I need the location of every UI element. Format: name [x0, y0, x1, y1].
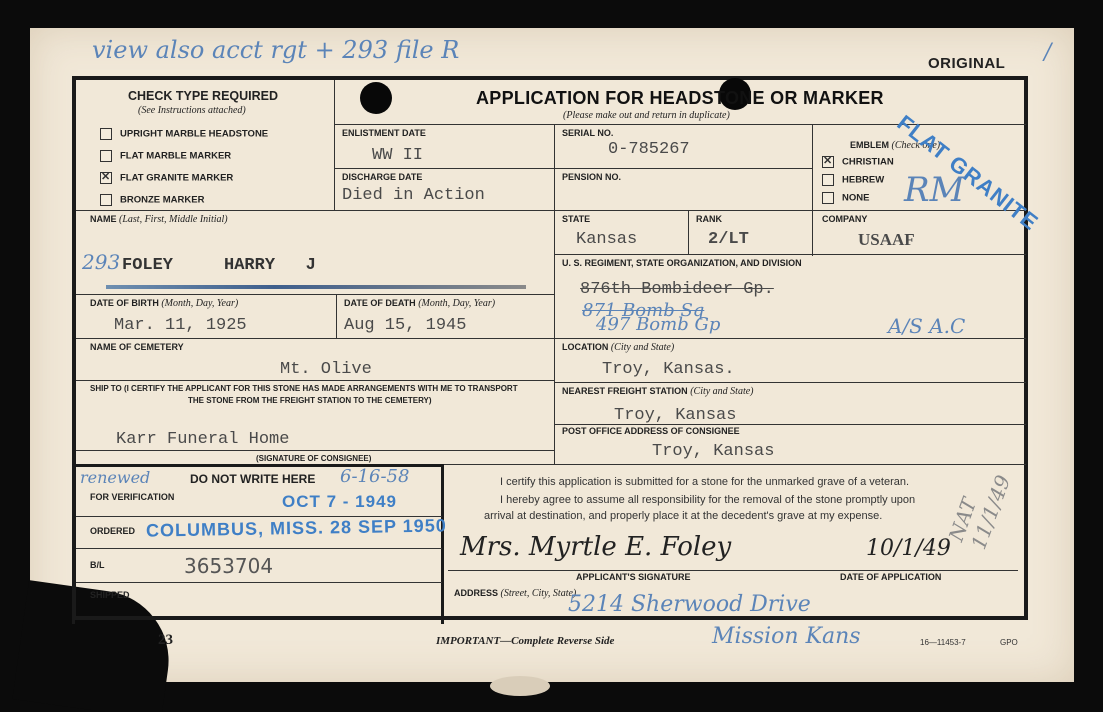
form-title: APPLICATION FOR HEADSTONE OR MARKER — [476, 88, 884, 109]
bl-label: B/L — [90, 560, 105, 570]
checkbox[interactable] — [100, 194, 112, 206]
divider — [554, 424, 1026, 425]
ship-to-label: SHIP TO (I CERTIFY THE APPLICANT FOR THI… — [90, 384, 518, 393]
divider — [554, 338, 1026, 339]
checkbox[interactable] — [100, 150, 112, 162]
address-value[interactable]: 5214 Sherwood Drive — [568, 592, 811, 617]
underline-mark — [106, 285, 526, 289]
divider — [336, 294, 337, 338]
discharge-date-label: DISCHARGE DATE — [342, 172, 422, 182]
consignee-address-label: POST OFFICE ADDRESS OF CONSIGNEE — [562, 426, 740, 436]
checkbox[interactable] — [822, 192, 834, 204]
divider — [554, 124, 555, 256]
divider — [554, 254, 555, 464]
company-label: COMPANY — [822, 214, 867, 224]
office-use-box — [72, 464, 444, 624]
printer-mark: GPO — [1000, 638, 1018, 647]
pension-no-label: PENSION No. — [562, 172, 621, 182]
company-value[interactable]: USAAF — [858, 230, 915, 250]
divider — [76, 338, 554, 339]
freight-station-label: NEAREST FREIGHT STATION (City and State) — [562, 386, 754, 397]
footer-important: IMPORTANT—Complete Reverse Side — [436, 635, 614, 647]
option-flat-marble-marker[interactable]: FLAT MARBLE MARKER — [100, 150, 231, 162]
serial-no-value[interactable]: 0-785267 — [608, 140, 690, 159]
applicant-signature[interactable]: Mrs. Myrtle E. Foley — [460, 532, 731, 562]
cemetery-value[interactable]: Mt. Olive — [280, 360, 372, 379]
divider — [442, 464, 1026, 465]
top-handwritten-note: view also acct rgt + 293 file R — [92, 36, 459, 64]
checkbox[interactable] — [100, 128, 112, 140]
certification-line-3: arrival at destination, and properly pla… — [484, 508, 882, 525]
enlistment-date-label: ENLISTMENT DATE — [342, 128, 426, 138]
regiment-correction-2: 497 Bomb Gp — [596, 314, 720, 335]
dod-label: DATE OF DEATH (Month, Day, Year) — [344, 298, 495, 309]
divider — [554, 254, 1026, 255]
renewed-date: 6-16-58 — [340, 466, 409, 487]
divider — [76, 450, 554, 451]
side-note: NAT 11/1/49 — [944, 455, 1019, 552]
checkbox[interactable] — [822, 174, 834, 186]
verification-stamp: OCT 7 - 1949 — [282, 492, 397, 512]
regiment-typed-value[interactable]: 876th Bombideer Gp. — [580, 280, 774, 299]
ordered-label: ORDERED — [90, 526, 135, 536]
option-bronze-marker[interactable]: BRONZE MARKER — [100, 194, 204, 206]
divider — [76, 294, 554, 295]
signature-line — [448, 570, 1018, 571]
checkbox-checked[interactable] — [100, 172, 112, 184]
emblem-none[interactable]: NONE — [822, 192, 869, 204]
state-label: STATE — [562, 214, 590, 224]
copy-label: ORIGINAL — [928, 55, 1005, 72]
checkbox-checked[interactable] — [822, 156, 834, 168]
divider — [688, 210, 689, 254]
margin-mark: / — [1044, 40, 1051, 65]
consignee-address-value[interactable]: Troy, Kansas — [652, 442, 774, 461]
divider — [812, 124, 813, 256]
dod-value[interactable]: Aug 15, 1945 — [344, 316, 466, 335]
applicant-signature-label: APPLICANT'S SIGNATURE — [576, 572, 690, 582]
divider — [76, 210, 554, 211]
location-label: LOCATION (City and State) — [562, 342, 674, 353]
cemetery-label: NAME OF CEMETERY — [90, 342, 184, 352]
application-date-label: DATE OF APPLICATION — [840, 572, 941, 582]
divider — [76, 380, 554, 381]
application-date-value[interactable]: 10/1/49 — [866, 536, 951, 561]
form-number: 16—11453-7 — [920, 638, 966, 647]
office-use-heading: DO NOT WRITE HERE — [190, 472, 315, 486]
certification-line-1: I certify this application is submitted … — [500, 474, 909, 491]
shipped-label: SHIPPED — [90, 590, 130, 600]
form-subtitle: (Please make out and return in duplicate… — [563, 110, 730, 121]
serial-no-label: SERIAL No. — [562, 128, 613, 138]
regiment-label: U. S. REGIMENT, STATE ORGANIZATION, AND … — [562, 258, 802, 268]
check-type-subheading: (See Instructions attached) — [138, 105, 246, 116]
dob-value[interactable]: Mar. 11, 1925 — [114, 316, 247, 335]
location-value[interactable]: Troy, Kansas. — [602, 360, 735, 379]
divider — [334, 80, 335, 210]
dob-label: DATE OF BIRTH (Month, Day, Year) — [90, 298, 238, 309]
divider — [76, 548, 442, 549]
check-type-heading: CHECK TYPE REQUIRED — [128, 89, 278, 103]
rank-value[interactable]: 2/LT — [708, 230, 749, 249]
emblem-hebrew[interactable]: HEBREW — [822, 174, 884, 186]
divider — [76, 582, 442, 583]
address-label: ADDRESS (Street, City, State) — [454, 588, 576, 599]
freight-station-value[interactable]: Troy, Kansas — [614, 406, 736, 425]
enlistment-date-value[interactable]: WW II — [372, 146, 423, 165]
name-value[interactable]: FOLEY HARRY J — [122, 256, 316, 275]
ship-to-value[interactable]: Karr Funeral Home — [116, 430, 289, 449]
option-upright-marble-headstone[interactable]: UPRIGHT MARBLE HEADSTONE — [100, 128, 268, 140]
bl-value[interactable]: 3653704 — [184, 554, 273, 578]
footer-number: 23 — [158, 632, 173, 649]
discharge-date-value[interactable]: Died in Action — [342, 186, 485, 205]
certification-line-2: I hereby agree to assume all responsibil… — [500, 492, 915, 509]
handwritten-initials: RM — [904, 170, 964, 210]
for-verification-label: FOR VERIFICATION — [90, 492, 174, 502]
renewed-note: renewed — [80, 468, 150, 487]
emblem-christian[interactable]: CHRISTIAN — [822, 156, 894, 168]
punch-hole — [360, 82, 392, 114]
rank-label: RANK — [696, 214, 722, 224]
torn-edge — [490, 676, 550, 696]
ship-to-label-2: THE STONE FROM THE FREIGHT STATION TO TH… — [188, 396, 432, 405]
regiment-side-note: A/S A.C — [888, 314, 965, 338]
option-flat-granite-marker[interactable]: FLAT GRANITE MARKER — [100, 172, 233, 184]
state-value[interactable]: Kansas — [576, 230, 637, 249]
name-prefix-handwritten: 293 — [82, 250, 120, 274]
application-form: CHECK TYPE REQUIRED (See Instructions at… — [72, 76, 1028, 620]
name-label: NAME (Last, First, Middle Initial) — [90, 214, 228, 225]
divider — [334, 168, 812, 169]
address-line-2: Mission Kans — [712, 624, 861, 649]
consignee-signature-label: (SIGNATURE OF CONSIGNEE) — [256, 454, 371, 463]
divider — [554, 210, 1026, 211]
divider — [554, 382, 1026, 383]
